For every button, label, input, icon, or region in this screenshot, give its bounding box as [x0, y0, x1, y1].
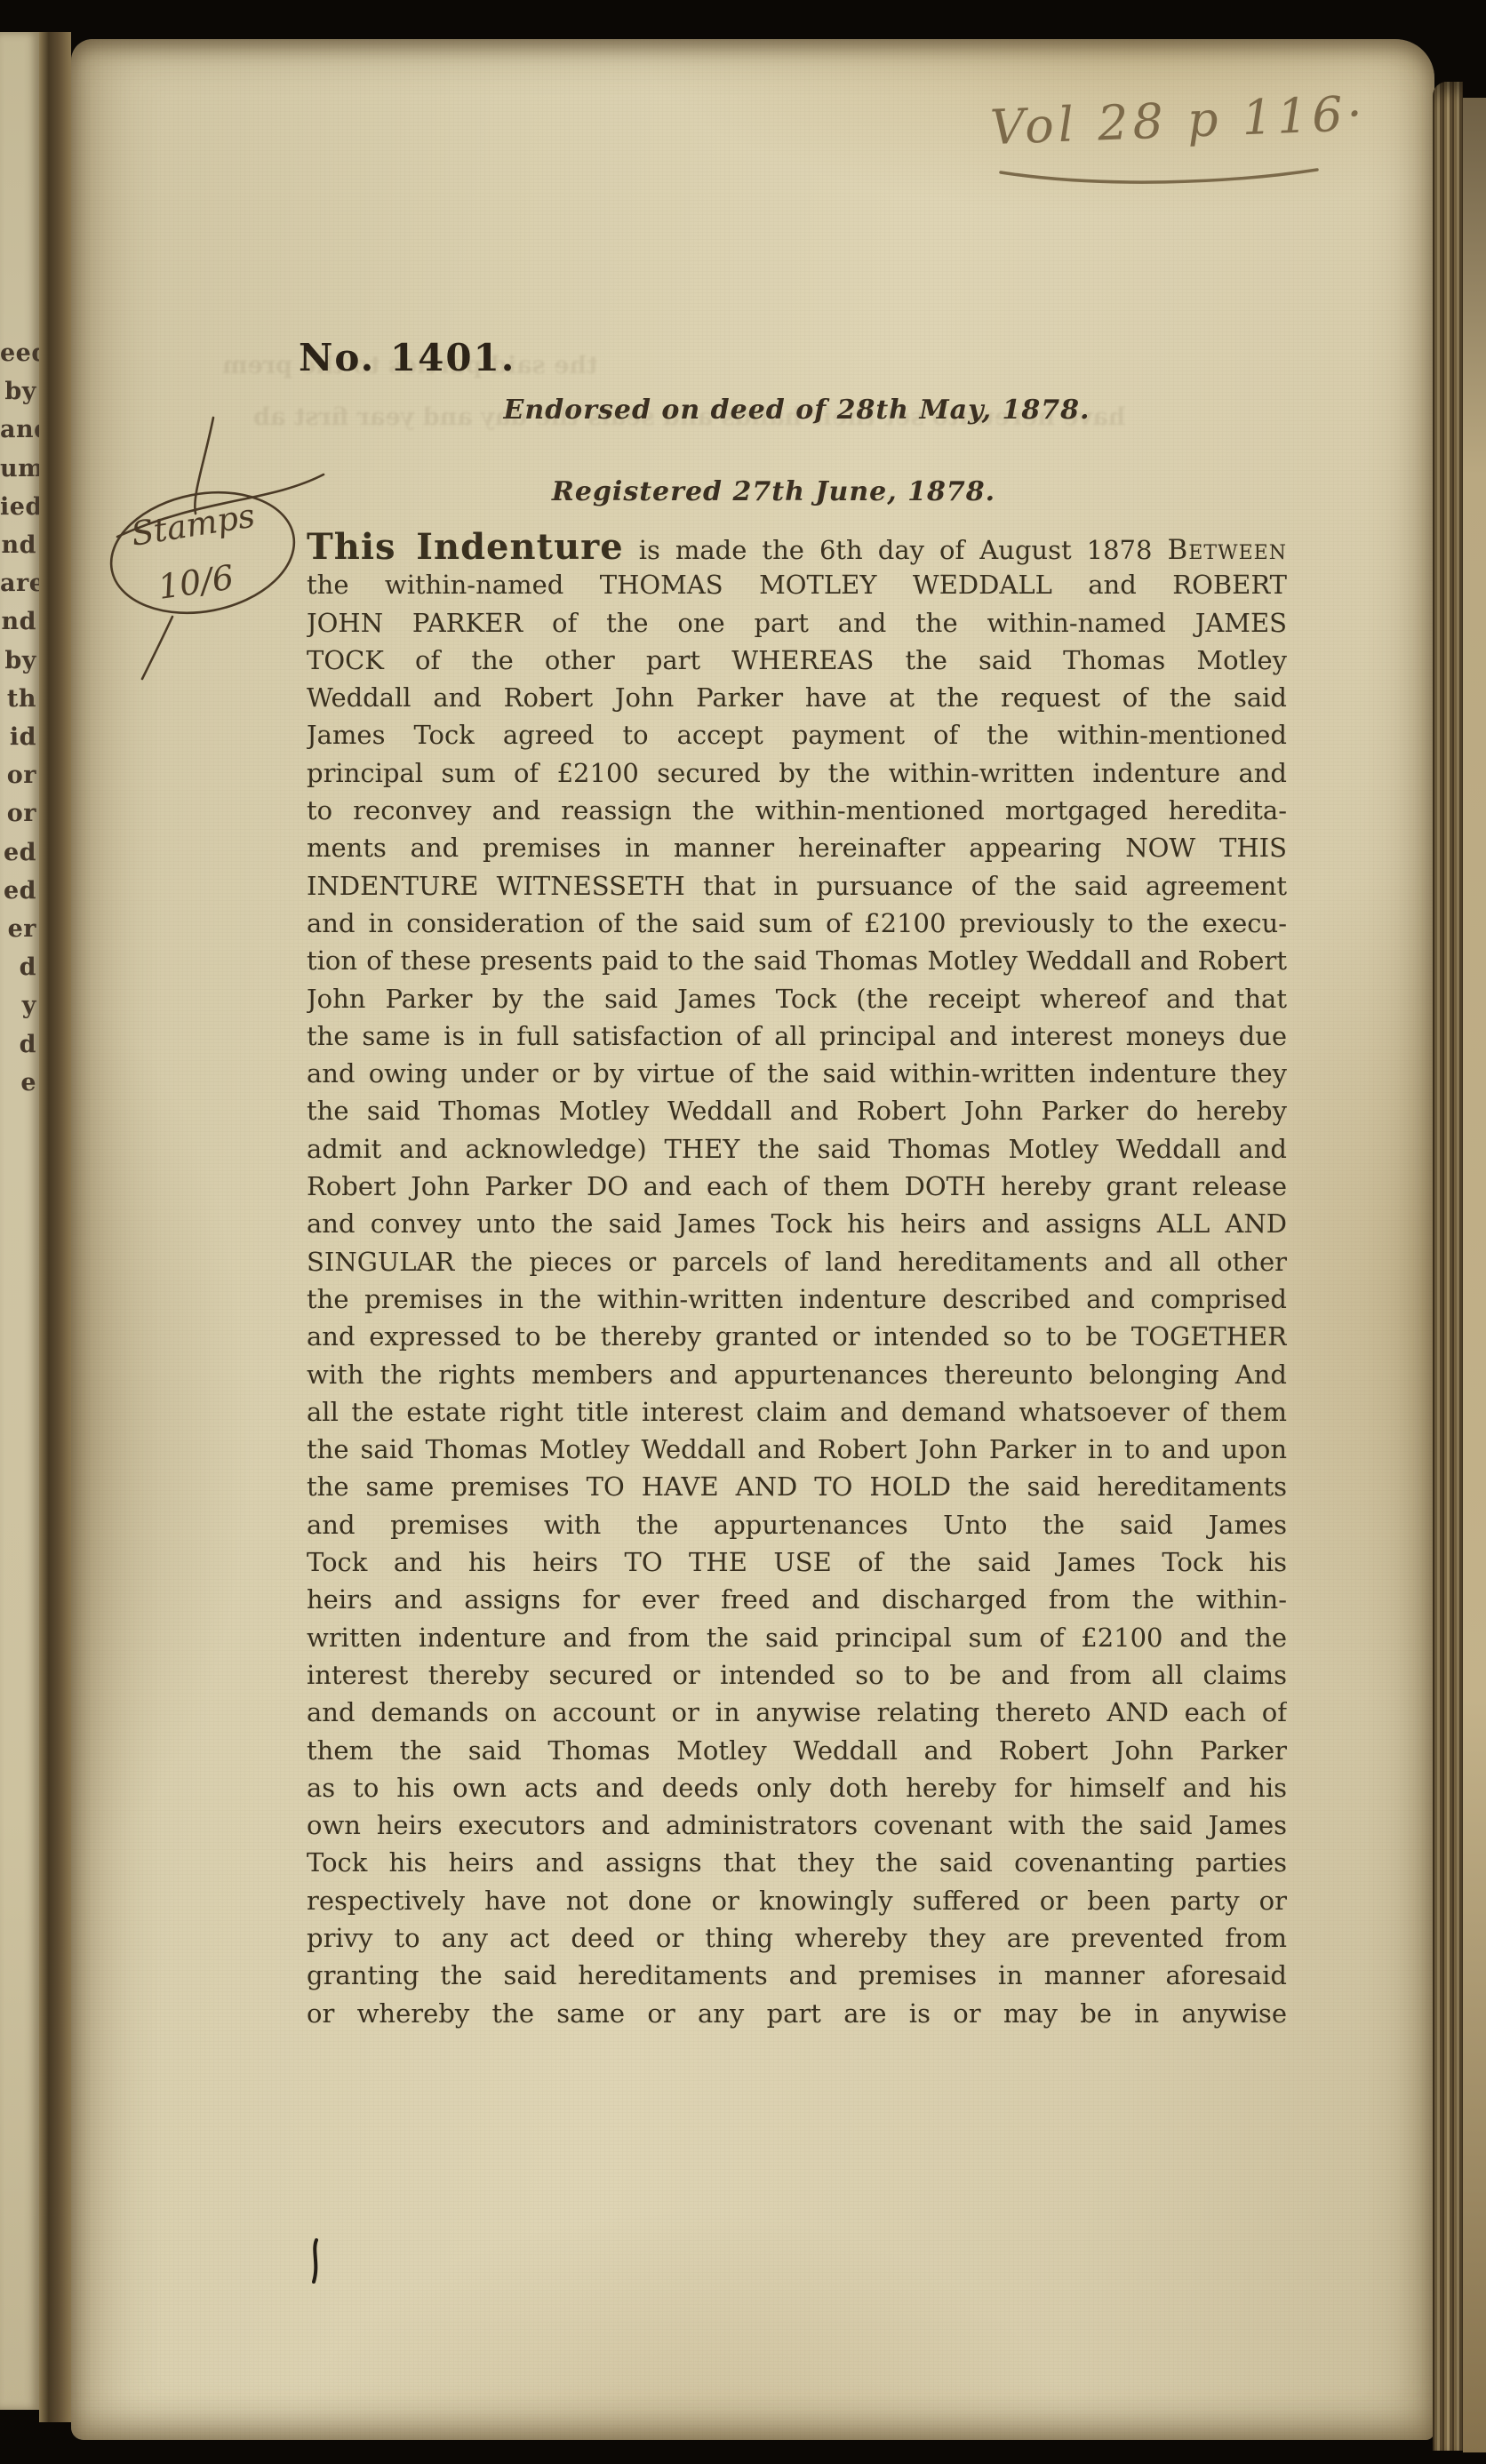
page-edge-outer: [1463, 98, 1486, 2452]
body-line: and owing under or by virtue of the said…: [307, 1055, 1287, 1092]
facing-page-word-fragment: um: [0, 450, 36, 488]
body-line: James Tock agreed to accept payment of t…: [307, 716, 1287, 754]
stamp-amount: 10/6: [156, 557, 236, 606]
body-line: ments and premises in manner hereinafter…: [307, 829, 1287, 866]
facing-page-word-fragment: eed: [0, 334, 36, 372]
handwritten-stamp-annotation: Stamps 10/6: [78, 411, 345, 686]
body-line: all the estate right title interest clai…: [307, 1393, 1287, 1431]
facing-page-word-fragment: d: [0, 948, 36, 986]
facing-page-word-fragment: and: [0, 411, 36, 449]
body-line: them the said Thomas Motley Weddall and …: [307, 1732, 1287, 1769]
body-line: interest thereby secured or intended so …: [307, 1656, 1287, 1694]
body-line: granting the said hereditaments and prem…: [307, 1957, 1287, 1994]
facing-page-word-fragment: or: [0, 756, 36, 794]
deed-body-text: This Indenture is made the 6th day of Au…: [307, 529, 1287, 2032]
body-line-opening: This Indenture is made the 6th day of Au…: [307, 529, 1287, 566]
facing-page-word-fragment: are: [0, 564, 36, 602]
facing-page-word-fragment: by: [0, 372, 36, 411]
body-line: the same is in full satisfaction of all …: [307, 1017, 1287, 1055]
body-line: the within-named THOMAS MOTLEY WEDDALL a…: [307, 566, 1287, 603]
page-edge-stack: [1433, 82, 1463, 2451]
facing-page-strip: eedbyandumiedndarendbythidororedederdyde: [0, 32, 39, 2410]
stray-ink-mark: [309, 2237, 322, 2285]
facing-page-word-fragment: d: [0, 1025, 36, 1064]
handwritten-underline: [997, 165, 1324, 190]
body-line: and in consideration of the said sum of …: [307, 905, 1287, 942]
body-line: written indenture and from the said prin…: [307, 1619, 1287, 1656]
body-line: and demands on account or in anywise rel…: [307, 1694, 1287, 1731]
stamp-word: Stamps: [129, 497, 258, 554]
body-line: with the rights members and appurtenance…: [307, 1356, 1287, 1393]
facing-page-word-fragment: by: [0, 642, 36, 680]
facing-page-word-fragment: ed: [0, 833, 36, 872]
body-line: JOHN PARKER of the one part and the with…: [307, 604, 1287, 642]
facing-page-text-fragments: eedbyandumiedndarendbythidororedederdyde: [0, 334, 36, 1102]
body-line: the said Thomas Motley Weddall and Rober…: [307, 1431, 1287, 1468]
endorsed-line: Endorsed on deed of 28th May, 1878.: [307, 395, 1287, 426]
opening-words-blackletter: This Indenture: [307, 529, 624, 566]
photographed-deed-book: { "annotations": { "vol_page_ref": "Vol …: [0, 0, 1486, 2464]
body-line: Robert John Parker DO and each of them D…: [307, 1168, 1287, 1205]
body-line: INDENTURE WITNESSETH that in pursuance o…: [307, 867, 1287, 905]
book-gutter-shadow: [39, 32, 71, 2422]
body-line: and premises with the appurtenances Unto…: [307, 1506, 1287, 1543]
body-line: respectively have not done or knowingly …: [307, 1882, 1287, 1919]
body-line: SINGULAR the pieces or parcels of land h…: [307, 1243, 1287, 1280]
body-line: the premises in the within-written inden…: [307, 1280, 1287, 1318]
deed-number: No. 1401.: [299, 336, 515, 379]
body-line: and expressed to be thereby granted or i…: [307, 1318, 1287, 1355]
body-line: Tock and his heirs TO THE USE of the sai…: [307, 1543, 1287, 1581]
body-line: John Parker by the said James Tock (the …: [307, 980, 1287, 1017]
facing-page-word-fragment: y: [0, 986, 36, 1025]
body-line: privy to any act deed or thing whereby t…: [307, 1919, 1287, 1957]
body-line: or whereby the same or any part are is o…: [307, 1995, 1287, 2032]
document-page: the said parties to the prem have hereun…: [71, 39, 1434, 2440]
facing-page-word-fragment: nd: [0, 602, 36, 641]
body-line: TOCK of the other part WHEREAS the said …: [307, 642, 1287, 679]
body-line: principal sum of £2100 secured by the wi…: [307, 754, 1287, 792]
body-line: heirs and assigns for ever freed and dis…: [307, 1581, 1287, 1618]
opening-between-word: Between: [1168, 534, 1288, 566]
body-line: Weddall and Robert John Parker have at t…: [307, 679, 1287, 716]
facing-page-word-fragment: or: [0, 794, 36, 833]
facing-page-word-fragment: e: [0, 1064, 36, 1102]
body-line: Tock his heirs and assigns that they the…: [307, 1844, 1287, 1881]
body-line: as to his own acts and deeds only doth h…: [307, 1769, 1287, 1806]
facing-page-word-fragment: id: [0, 718, 36, 756]
opening-mid-text: is made the 6th day of August 1878: [639, 535, 1153, 565]
body-line: to reconvey and reassign the within-ment…: [307, 792, 1287, 829]
facing-page-word-fragment: th: [0, 680, 36, 718]
facing-page-word-fragment: ied: [0, 488, 36, 526]
body-line: own heirs executors and administrators c…: [307, 1806, 1287, 1844]
handwritten-vol-page-ref: Vol 28 p 116·: [989, 85, 1368, 155]
facing-page-word-fragment: nd: [0, 526, 36, 564]
registered-line: Registered 27th June, 1878.: [284, 476, 1264, 507]
body-line: the said Thomas Motley Weddall and Rober…: [307, 1092, 1287, 1129]
body-line: admit and acknowledge) THEY the said Tho…: [307, 1130, 1287, 1168]
body-line: the same premises TO HAVE AND TO HOLD th…: [307, 1468, 1287, 1505]
facing-page-word-fragment: ed: [0, 872, 36, 910]
body-line: tion of these presents paid to the said …: [307, 942, 1287, 979]
facing-page-word-fragment: er: [0, 910, 36, 948]
body-line: and convey unto the said James Tock his …: [307, 1205, 1287, 1242]
